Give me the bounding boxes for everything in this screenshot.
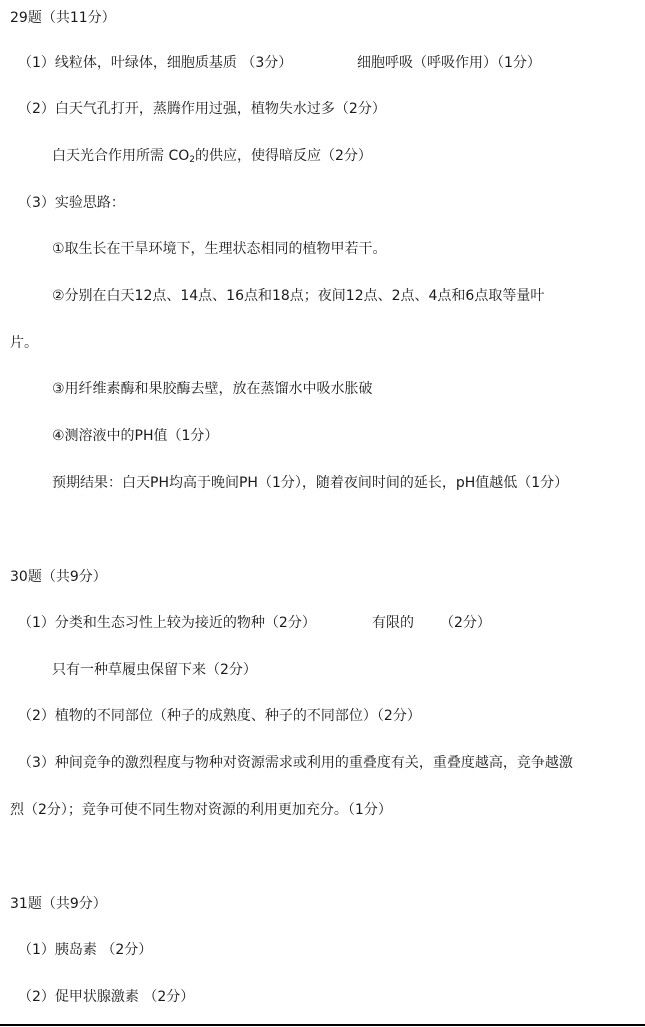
section-30-q1-answer-c: 只有一种草履虫保留下来（2分） bbox=[52, 660, 257, 680]
co2-suffix: 的供应，使得暗反应（2分） bbox=[195, 148, 372, 164]
section-29-step-2-continued: 片。 bbox=[10, 333, 38, 353]
section-31-q1-answer: （1）胰岛素 （2分） bbox=[18, 940, 152, 960]
section-30-q3-answer-line-2: 烈（2分）；竞争可使不同生物对资源的利用更加充分。（1分） bbox=[10, 800, 392, 820]
section-30-q1-answer-a: （1）分类和生态习性上较为接近的物种（2分） bbox=[18, 613, 316, 633]
section-29-title: 29题（共11分） bbox=[10, 8, 116, 28]
section-31-q2-answer: （2）促甲状腺激素 （2分） bbox=[18, 987, 194, 1007]
page-bottom-divider bbox=[0, 1024, 645, 1026]
section-29-step-3: ③用纤维素酶和果胶酶去壁，放在蒸馏水中吸水胀破 bbox=[52, 379, 373, 399]
section-31-title: 31题（共9分） bbox=[10, 894, 107, 914]
section-30-q1-answer-b-score: （2分） bbox=[440, 613, 491, 633]
section-29-expected-result: 预期结果：白天PH均高于晚间PH（1分），随着夜间时间的延长，pH值越低（1分） bbox=[52, 473, 568, 493]
section-29-step-4: ④测溶液中的PH值（1分） bbox=[52, 426, 218, 446]
section-29-q2-answer-a: （2）白天气孔打开，蒸腾作用过强，植物失水过多（2分） bbox=[18, 99, 386, 119]
co2-prefix: 白天光合作用所需 CO bbox=[52, 148, 189, 164]
section-29-step-1: ①取生长在干旱环境下，生理状态相同的植物甲若干。 bbox=[52, 239, 387, 259]
section-30-q3-answer-line-1: （3）种间竞争的激烈程度与物种对资源需求或利用的重叠度有关，重叠度越高，竞争越激 bbox=[18, 753, 573, 773]
section-30-q1-answer-b: 有限的 bbox=[372, 613, 414, 633]
section-30-q2-answer: （2）植物的不同部位（种子的成熟度、种子的不同部位）（2分） bbox=[18, 706, 421, 726]
section-30-title: 30题（共9分） bbox=[10, 567, 107, 587]
section-29-q2-answer-b: 白天光合作用所需 CO2的供应，使得暗反应（2分） bbox=[52, 146, 372, 166]
section-29-q1-answer-a: （1）线粒体，叶绿体，细胞质基质 （3分） bbox=[18, 53, 292, 73]
section-29-step-2: ②分别在白天12点、14点、16点和18点；夜间12点、2点、4点和6点取等量叶 bbox=[52, 286, 544, 306]
section-29-q3-heading: （3）实验思路： bbox=[18, 193, 125, 213]
section-29-q1-answer-b: 细胞呼吸（呼吸作用）（1分） bbox=[357, 53, 541, 73]
